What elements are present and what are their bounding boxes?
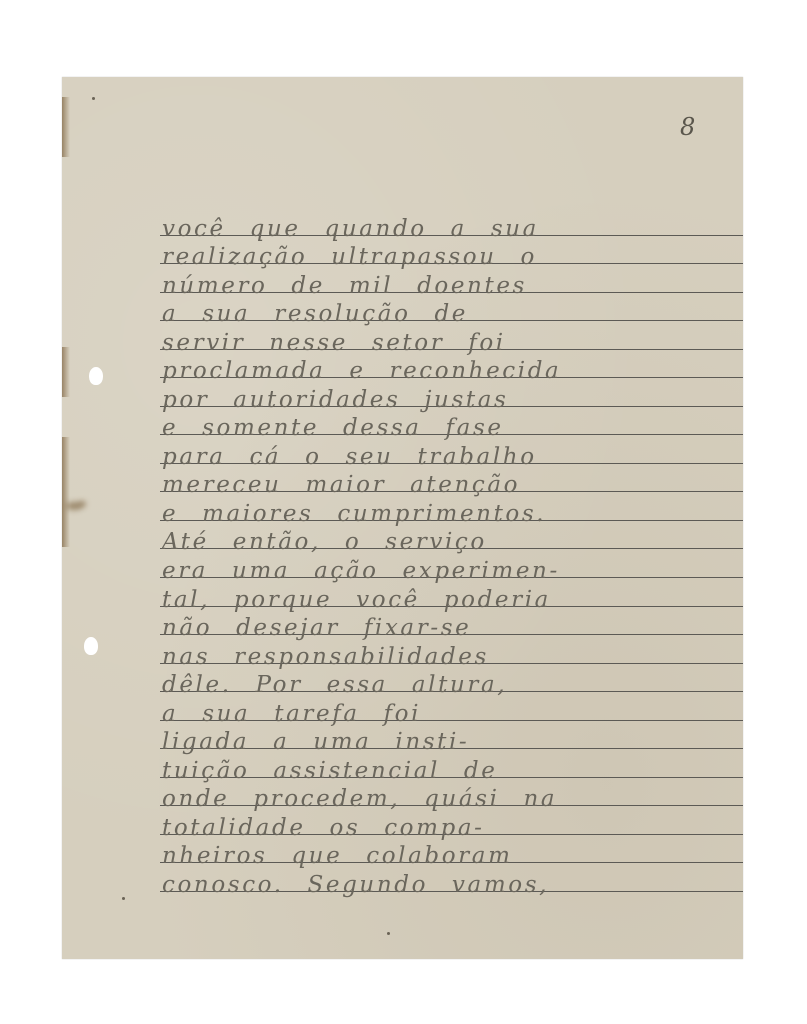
punch-hole [89, 367, 103, 385]
ink-mark [122, 897, 125, 900]
handwritten-line: dêle. Por essa altura, [162, 672, 742, 698]
punch-hole [84, 637, 98, 655]
ink-mark [387, 932, 390, 935]
handwritten-line: servir nesse setor foi [162, 330, 742, 356]
handwritten-line: a sua resolução de [162, 301, 742, 327]
edge-stain [62, 347, 70, 397]
handwritten-line: e maiores cumprimentos. [162, 501, 742, 527]
handwritten-line: para cá o seu trabalho [162, 444, 742, 470]
handwritten-line: tuição assistencial de [162, 758, 742, 784]
handwritten-line: conosco. Segundo vamos, [162, 872, 742, 898]
edge-stain [62, 437, 70, 547]
handwritten-line: você que quando a sua [162, 216, 742, 242]
foxing-stain [78, 501, 86, 507]
handwritten-line: totalidade os compa- [162, 815, 742, 841]
handwritten-line: tal, porque você poderia [162, 587, 742, 613]
page-number: 8 [680, 113, 695, 141]
handwritten-line: ligada a uma insti- [162, 729, 742, 755]
handwritten-line: mereceu maior atenção [162, 472, 742, 498]
handwritten-line: era uma ação experimen- [162, 558, 742, 584]
handwritten-line: nheiros que colaboram [162, 843, 742, 869]
handwritten-line: realização ultrapassou o [162, 244, 742, 270]
ink-mark [92, 97, 95, 100]
handwritten-line: proclamada e reconhecida [162, 358, 742, 384]
handwritten-line: número de mil doentes [162, 273, 742, 299]
handwritten-line: onde procedem, quási na [162, 786, 742, 812]
handwritten-line: nas responsabilidades [162, 644, 742, 670]
handwritten-line: Até então, o serviço [162, 529, 742, 555]
handwritten-line: a sua tarefa foi [162, 701, 742, 727]
handwritten-line: e somente dessa fase [162, 415, 742, 441]
handwritten-line: por autoridades justas [162, 387, 742, 413]
edge-stain [62, 97, 70, 157]
handwritten-line: não desejar fixar-se [162, 615, 742, 641]
letter-page: 8 você que quando a sua realização ultra… [62, 77, 743, 959]
